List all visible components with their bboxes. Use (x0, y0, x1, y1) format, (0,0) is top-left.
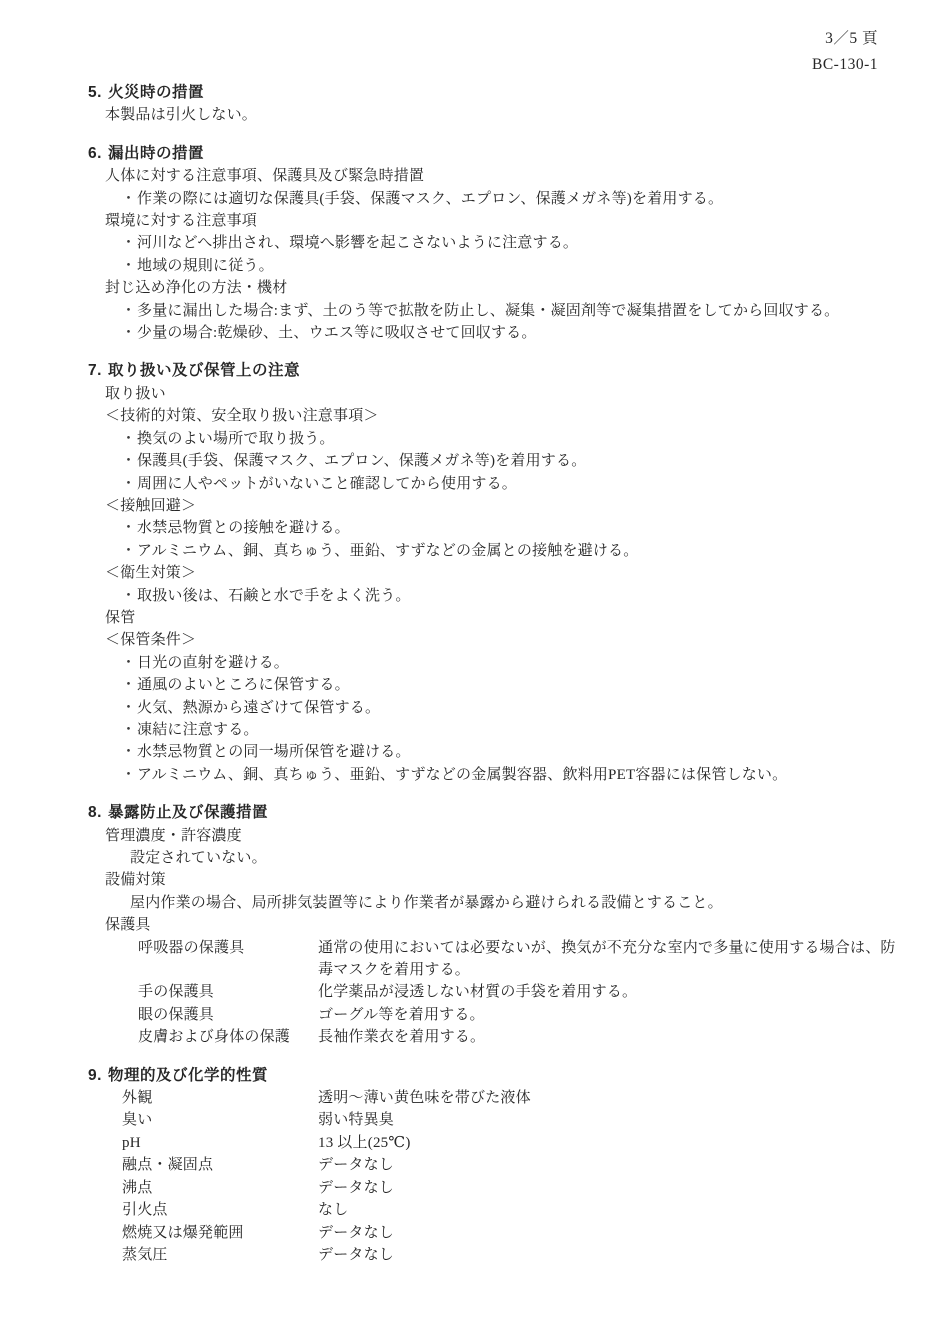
text-line: ＜接触回避＞ (88, 495, 910, 517)
section-title: 6.漏出時の措置 (88, 143, 910, 165)
text-line: ＜衛生対策＞ (88, 562, 910, 584)
bullet-item: ・換気のよい場所で取り扱う。 (88, 428, 910, 450)
property-label: 燃焼又は爆発範囲 (122, 1222, 318, 1244)
bullet-marker: ・ (121, 450, 137, 472)
bullet-marker: ・ (121, 741, 137, 763)
section-title-text: 暴露防止及び保護措置 (108, 802, 268, 824)
property-label: 眼の保護具 (138, 1004, 318, 1026)
section-7: 7.取り扱い及び保管上の注意取り扱い＜技術的対策、安全取り扱い注意事項＞・換気の… (88, 360, 910, 786)
property-row: 蒸気圧データなし (88, 1244, 910, 1266)
bullet-marker: ・ (121, 697, 137, 719)
property-value: 13 以上(25℃) (318, 1132, 906, 1154)
text-line: 設備対策 (88, 869, 910, 891)
bullet-text: 周囲に人やペットがいないこと確認してから使用する。 (137, 476, 517, 492)
section-number: 9. (88, 1065, 102, 1087)
text-line: 人体に対する注意事項、保護具及び緊急時措置 (88, 165, 910, 187)
bullet-item: ・少量の場合:乾燥砂、土、ウエス等に吸収させて回収する。 (88, 322, 910, 344)
bullet-item: ・凍結に注意する。 (88, 719, 910, 741)
bullet-text: アルミニウム、銅、真ちゅう、亜鉛、すずなどの金属製容器、飲料用PET容器には保管… (137, 767, 787, 783)
bullet-text: アルミニウム、銅、真ちゅう、亜鉛、すずなどの金属との接触を避ける。 (137, 543, 638, 559)
bullet-marker: ・ (121, 585, 137, 607)
property-label: 呼吸器の保護具 (138, 937, 318, 982)
text-line: 管理濃度・許容濃度 (88, 825, 910, 847)
bullet-marker: ・ (121, 188, 137, 210)
bullet-item: ・作業の際には適切な保護具(手袋、保護マスク、エプロン、保護メガネ等)を着用する… (88, 188, 910, 210)
text-line: 環境に対する注意事項 (88, 210, 910, 232)
page-number: 3／5 頁 (812, 26, 878, 52)
bullet-text: 日光の直射を避ける。 (137, 655, 289, 671)
bullet-marker: ・ (121, 428, 137, 450)
page-header: 3／5 頁 BC-130-1 (812, 26, 878, 78)
property-label: 皮膚および身体の保護 (138, 1026, 318, 1048)
section-title-text: 漏出時の措置 (108, 143, 204, 165)
document-body: 5.火災時の措置本製品は引火しない。6.漏出時の措置人体に対する注意事項、保護具… (88, 82, 910, 1266)
property-row: 融点・凝固点データなし (88, 1154, 910, 1176)
bullet-item: ・取扱い後は、石鹸と水で手をよく洗う。 (88, 585, 910, 607)
section-title-text: 物理的及び化学的性質 (108, 1065, 268, 1087)
bullet-text: 多量に漏出した場合:まず、土のう等で拡散を防止し、凝集・凝固剤等で凝集措置をして… (137, 303, 839, 319)
property-row: 沸点データなし (88, 1177, 910, 1199)
bullet-item: ・多量に漏出した場合:まず、土のう等で拡散を防止し、凝集・凝固剤等で凝集措置をし… (88, 300, 910, 322)
bullet-marker: ・ (121, 652, 137, 674)
bullet-marker: ・ (121, 322, 137, 344)
bullet-text: 通風のよいところに保管する。 (137, 677, 350, 693)
property-label: 沸点 (122, 1177, 318, 1199)
property-row: 引火点なし (88, 1199, 910, 1221)
bullet-text: 水禁忌物質との接触を避ける。 (137, 520, 350, 536)
text-line: 取り扱い (88, 383, 910, 405)
property-value: データなし (318, 1154, 906, 1176)
bullet-item: ・周囲に人やペットがいないこと確認してから使用する。 (88, 473, 910, 495)
text-line: 設定されていない。 (88, 847, 910, 869)
bullet-marker: ・ (121, 764, 137, 786)
property-value: ゴーグル等を着用する。 (318, 1004, 906, 1026)
section-title-text: 火災時の措置 (108, 82, 204, 104)
bullet-marker: ・ (121, 473, 137, 495)
bullet-text: 保護具(手袋、保護マスク、エプロン、保護メガネ等)を着用する。 (137, 453, 586, 469)
section-5: 5.火災時の措置本製品は引火しない。 (88, 82, 910, 127)
section-number: 6. (88, 143, 102, 165)
bullet-text: 凍結に注意する。 (137, 722, 259, 738)
bullet-text: 換気のよい場所で取り扱う。 (137, 431, 335, 447)
property-value: 化学薬品が浸透しない材質の手袋を着用する。 (318, 981, 906, 1003)
property-value: 通常の使用においては必要ないが、換気が不充分な室内で多量に使用する場合は、防毒マ… (318, 937, 906, 982)
property-value: データなし (318, 1177, 906, 1199)
text-line: 屋内作業の場合、局所排気装置等により作業者が暴露から避けられる設備とすること。 (88, 892, 910, 914)
property-row: 外観透明～薄い黄色味を帯びた液体 (88, 1087, 910, 1109)
text-line: ＜保管条件＞ (88, 629, 910, 651)
property-row: 燃焼又は爆発範囲データなし (88, 1222, 910, 1244)
property-row: 臭い弱い特異臭 (88, 1109, 910, 1131)
property-value: 弱い特異臭 (318, 1109, 906, 1131)
section-8: 8.暴露防止及び保護措置管理濃度・許容濃度設定されていない。設備対策屋内作業の場… (88, 802, 910, 1048)
bullet-item: ・地域の規則に従う。 (88, 255, 910, 277)
document-code: BC-130-1 (812, 52, 878, 78)
property-label: 手の保護具 (138, 981, 318, 1003)
document-page: 3／5 頁 BC-130-1 5.火災時の措置本製品は引火しない。6.漏出時の措… (0, 0, 938, 1327)
bullet-item: ・火気、熱源から遠ざけて保管する。 (88, 697, 910, 719)
property-value: 長袖作業衣を着用する。 (318, 1026, 906, 1048)
bullet-item: ・河川などへ排出され、環境へ影響を起こさないように注意する。 (88, 232, 910, 254)
bullet-text: 火気、熱源から遠ざけて保管する。 (137, 700, 380, 716)
text-line: 本製品は引火しない。 (88, 104, 910, 126)
property-row: 手の保護具化学薬品が浸透しない材質の手袋を着用する。 (88, 981, 910, 1003)
property-value: なし (318, 1199, 906, 1221)
bullet-item: ・水禁忌物質との同一場所保管を避ける。 (88, 741, 910, 763)
property-row: 呼吸器の保護具通常の使用においては必要ないが、換気が不充分な室内で多量に使用する… (88, 937, 910, 982)
section-9: 9.物理的及び化学的性質外観透明～薄い黄色味を帯びた液体臭い弱い特異臭pH13 … (88, 1065, 910, 1267)
property-label: 外観 (122, 1087, 318, 1109)
bullet-item: ・通風のよいところに保管する。 (88, 674, 910, 696)
property-row: pH13 以上(25℃) (88, 1132, 910, 1154)
bullet-item: ・水禁忌物質との接触を避ける。 (88, 517, 910, 539)
bullet-marker: ・ (121, 300, 137, 322)
section-title: 5.火災時の措置 (88, 82, 910, 104)
property-label: 臭い (122, 1109, 318, 1131)
section-number: 8. (88, 802, 102, 824)
section-title-text: 取り扱い及び保管上の注意 (108, 360, 300, 382)
bullet-text: 水禁忌物質との同一場所保管を避ける。 (137, 744, 411, 760)
section-title: 7.取り扱い及び保管上の注意 (88, 360, 910, 382)
bullet-marker: ・ (121, 674, 137, 696)
bullet-marker: ・ (121, 232, 137, 254)
property-label: 蒸気圧 (122, 1244, 318, 1266)
bullet-item: ・アルミニウム、銅、真ちゅう、亜鉛、すずなどの金属製容器、飲料用PET容器には保… (88, 764, 910, 786)
section-number: 5. (88, 82, 102, 104)
property-label: pH (122, 1132, 318, 1154)
bullet-text: 作業の際には適切な保護具(手袋、保護マスク、エプロン、保護メガネ等)を着用する。 (137, 191, 723, 207)
property-value: 透明～薄い黄色味を帯びた液体 (318, 1087, 906, 1109)
bullet-marker: ・ (121, 719, 137, 741)
property-value: データなし (318, 1244, 906, 1266)
bullet-item: ・アルミニウム、銅、真ちゅう、亜鉛、すずなどの金属との接触を避ける。 (88, 540, 910, 562)
bullet-item: ・日光の直射を避ける。 (88, 652, 910, 674)
property-row: 眼の保護具ゴーグル等を着用する。 (88, 1004, 910, 1026)
property-value: データなし (318, 1222, 906, 1244)
section-title: 8.暴露防止及び保護措置 (88, 802, 910, 824)
bullet-text: 地域の規則に従う。 (137, 258, 274, 274)
bullet-marker: ・ (121, 540, 137, 562)
bullet-marker: ・ (121, 517, 137, 539)
property-row: 皮膚および身体の保護長袖作業衣を着用する。 (88, 1026, 910, 1048)
text-line: 保管 (88, 607, 910, 629)
property-label: 融点・凝固点 (122, 1154, 318, 1176)
bullet-text: 少量の場合:乾燥砂、土、ウエス等に吸収させて回収する。 (137, 325, 537, 341)
section-title: 9.物理的及び化学的性質 (88, 1065, 910, 1087)
text-line: 保護具 (88, 914, 910, 936)
section-6: 6.漏出時の措置人体に対する注意事項、保護具及び緊急時措置・作業の際には適切な保… (88, 143, 910, 345)
bullet-marker: ・ (121, 255, 137, 277)
bullet-text: 河川などへ排出され、環境へ影響を起こさないように注意する。 (137, 235, 578, 251)
section-number: 7. (88, 360, 102, 382)
property-label: 引火点 (122, 1199, 318, 1221)
bullet-item: ・保護具(手袋、保護マスク、エプロン、保護メガネ等)を着用する。 (88, 450, 910, 472)
bullet-text: 取扱い後は、石鹸と水で手をよく洗う。 (137, 588, 411, 604)
text-line: ＜技術的対策、安全取り扱い注意事項＞ (88, 405, 910, 427)
text-line: 封じ込め浄化の方法・機材 (88, 277, 910, 299)
